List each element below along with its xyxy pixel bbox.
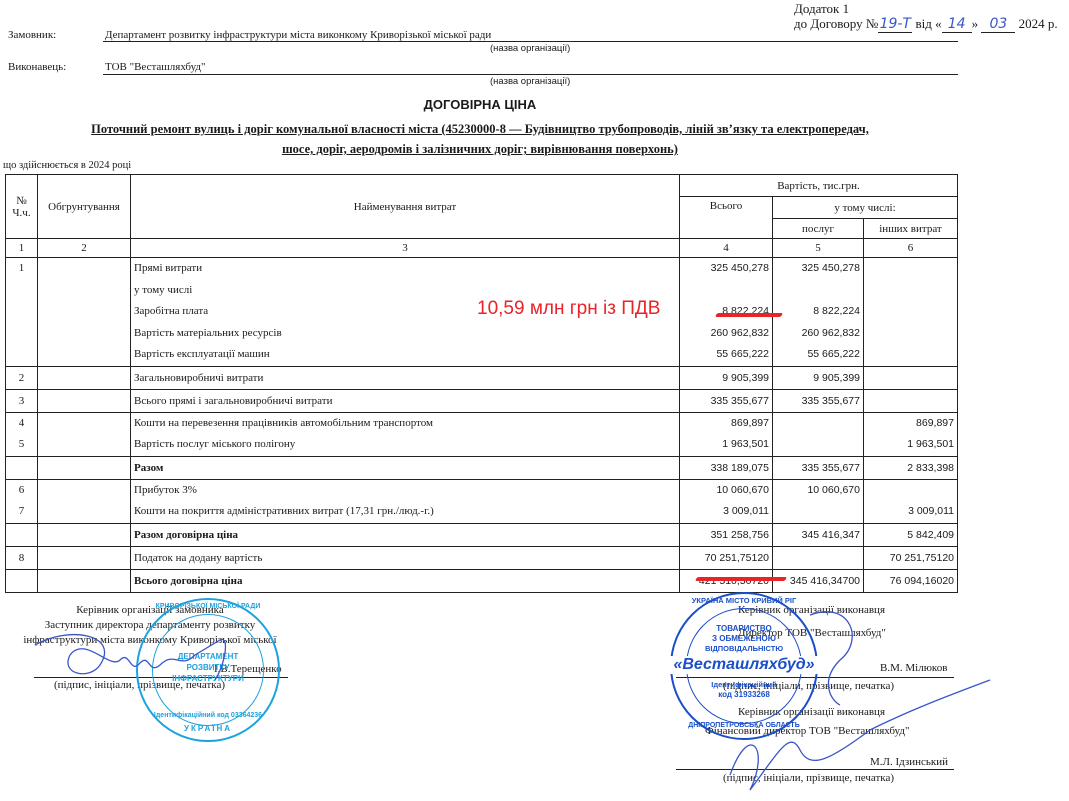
contract-reference: до Договору №19-Т від «14» 03 2024 р. — [794, 16, 1058, 33]
row-justification — [38, 258, 131, 367]
table-row: 8Податок на додану вартість70 251,751207… — [6, 546, 958, 569]
table-row: Разом338 189,075335 355,6772 833,398 — [6, 456, 958, 479]
row-total: 10 060,6703 009,011 — [680, 479, 773, 523]
row-other — [864, 258, 958, 367]
header-other: інших витрат — [864, 219, 958, 239]
row-justification — [38, 412, 131, 456]
customer-value: Департамент розвитку інфраструктури міст… — [105, 29, 491, 41]
header-name: Найменування витрат — [131, 175, 680, 239]
row-total: 338 189,075 — [680, 456, 773, 479]
customer-signature — [30, 625, 280, 685]
row-other: 3 009,011 — [864, 479, 958, 523]
customer-caption: (назва організації) — [490, 43, 570, 54]
date-month: 03 — [981, 16, 1015, 33]
header-justification: Обгрунтування — [38, 175, 131, 239]
table-row: 3Всього прямі і загальновиробничі витрат… — [6, 389, 958, 412]
table-row: Всього договірна ціна421 510,50720345 41… — [6, 569, 958, 592]
contractor-signatures — [690, 600, 1010, 800]
row-services: 9 905,399 — [773, 366, 864, 389]
row-num: 1 — [6, 258, 38, 367]
contract-number: 19-Т — [878, 16, 912, 33]
row-justification — [38, 389, 131, 412]
header-including: у тому числі: — [773, 197, 958, 219]
row-total: 335 355,677 — [680, 389, 773, 412]
row-name: Разом договірна ціна — [131, 523, 680, 546]
contractor-underline — [103, 74, 958, 75]
row-num: 2 — [6, 366, 38, 389]
customer-label: Замовник: — [8, 29, 56, 41]
row-other — [864, 366, 958, 389]
customer-underline — [103, 41, 958, 42]
row-justification — [38, 569, 131, 592]
header-num: № Ч.ч. — [6, 175, 38, 239]
contract-prefix: до Договору № — [794, 16, 878, 31]
row-total: 70 251,75120 — [680, 546, 773, 569]
row-name: Всього прямі і загальновиробничі витрати — [131, 389, 680, 412]
contractor-label: Виконавець: — [8, 61, 66, 73]
row-justification — [38, 546, 131, 569]
row-services: 10 060,670 — [773, 479, 864, 523]
row-name: Всього договірна ціна — [131, 569, 680, 592]
red-annotation: 10,59 млн грн із ПДВ — [477, 298, 660, 320]
document-title: ДОГОВІРНА ЦІНА — [0, 97, 960, 112]
column-number: 1 — [6, 239, 38, 258]
date-mid: » — [972, 16, 979, 31]
row-total: 9 905,399 — [680, 366, 773, 389]
header-cost-group: Вартість, тис.грн. — [680, 175, 958, 197]
document-subtitle-line1: Поточний ремонт вулиць і доріг комунальн… — [0, 122, 960, 137]
row-total: 351 258,756 — [680, 523, 773, 546]
contractor-value: ТОВ "Весташляхбуд" — [105, 61, 205, 73]
date-year: 2024 р. — [1019, 16, 1058, 31]
row-num: 3 — [6, 389, 38, 412]
column-number: 6 — [864, 239, 958, 258]
table-row: Разом договірна ціна351 258,756345 416,3… — [6, 523, 958, 546]
column-number: 5 — [773, 239, 864, 258]
row-name: Кошти на перевезення працівників автомоб… — [131, 412, 680, 456]
row-services — [773, 546, 864, 569]
row-num: 67 — [6, 479, 38, 523]
row-other: 76 094,16020 — [864, 569, 958, 592]
header-services: послуг — [773, 219, 864, 239]
contract-price-table: № Ч.ч. Обгрунтування Найменування витрат… — [5, 174, 958, 593]
row-other: 2 833,398 — [864, 456, 958, 479]
row-services — [773, 412, 864, 456]
row-name: Прибуток 3%Кошти на покриття адміністрат… — [131, 479, 680, 523]
date-day: 14 — [942, 16, 972, 33]
row-justification — [38, 479, 131, 523]
row-justification — [38, 456, 131, 479]
row-num — [6, 569, 38, 592]
document-subtitle-line2: шосе, доріг, аеродромів і залізничних до… — [0, 142, 960, 157]
contractor-caption: (назва організації) — [490, 76, 570, 87]
year-note: що здійснюється в 2024 році — [3, 160, 131, 171]
date-from-label: від « — [916, 16, 942, 31]
row-services: 345 416,34700 — [773, 569, 864, 592]
row-other: 5 842,409 — [864, 523, 958, 546]
table-row: 2Загальновиробничі витрати9 905,3999 905… — [6, 366, 958, 389]
row-total: 869,8971 963,501 — [680, 412, 773, 456]
row-services: 335 355,677 — [773, 456, 864, 479]
header-total: Всього — [680, 197, 773, 239]
row-num — [6, 456, 38, 479]
row-name: Разом — [131, 456, 680, 479]
column-number: 4 — [680, 239, 773, 258]
row-num: 8 — [6, 546, 38, 569]
row-justification — [38, 523, 131, 546]
table-row: 45Кошти на перевезення працівників автом… — [6, 412, 958, 456]
row-services: 335 355,677 — [773, 389, 864, 412]
column-number: 3 — [131, 239, 680, 258]
red-underline-total — [695, 577, 787, 581]
column-number: 2 — [38, 239, 131, 258]
row-services: 325 450,2788 822,224260 962,83255 665,22… — [773, 258, 864, 367]
row-other: 70 251,75120 — [864, 546, 958, 569]
row-num — [6, 523, 38, 546]
row-name: Податок на додану вартість — [131, 546, 680, 569]
appendix-title: Додаток 1 — [794, 1, 849, 17]
table-row: 67Прибуток 3%Кошти на покриття адміністр… — [6, 479, 958, 523]
row-other: 869,8971 963,501 — [864, 412, 958, 456]
row-total: 325 450,2788 822,224260 962,83255 665,22… — [680, 258, 773, 367]
red-underline-salary — [715, 313, 783, 317]
row-services: 345 416,347 — [773, 523, 864, 546]
row-other — [864, 389, 958, 412]
row-justification — [38, 366, 131, 389]
row-num: 45 — [6, 412, 38, 456]
row-name: Загальновиробничі витрати — [131, 366, 680, 389]
